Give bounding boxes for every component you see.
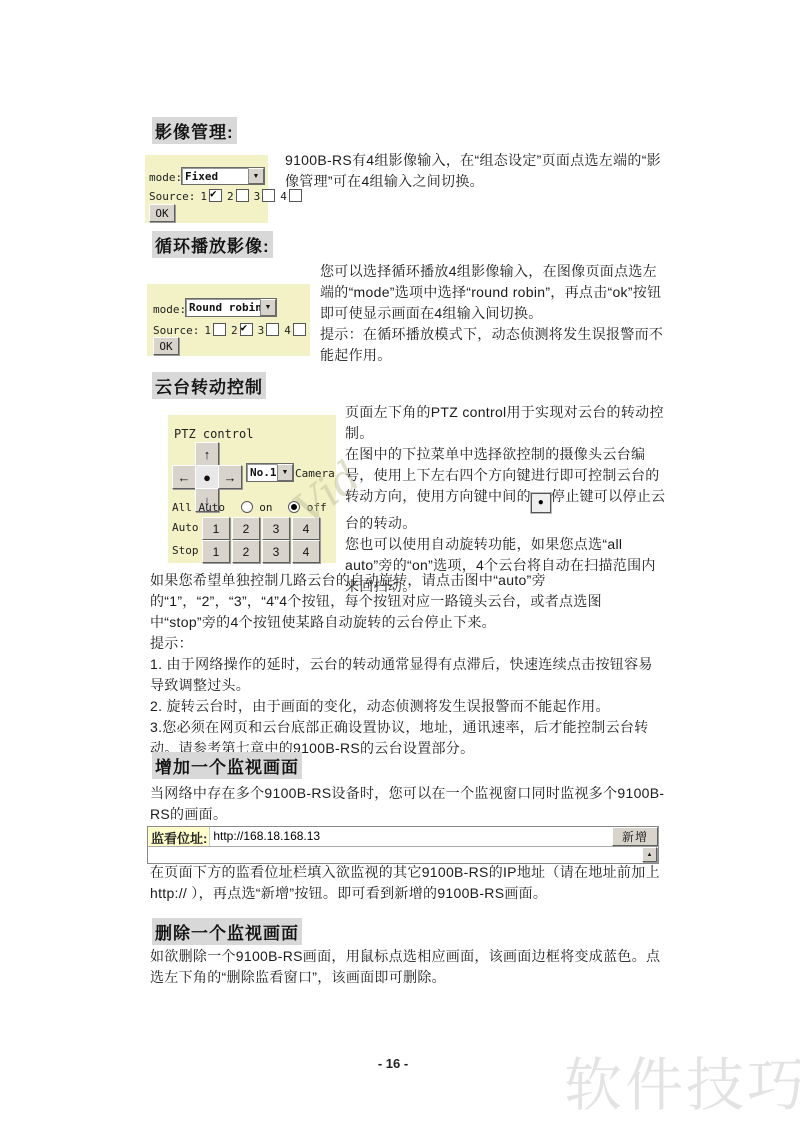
ptz-tips-block: 如果您希望单独控制几路云台的自动旋转，请点击图中“auto”旁的“1”，“2”，… [150,570,665,759]
source-label: Source: [153,324,199,337]
source-row: Source:1234 [149,189,302,203]
all-auto-label: All Auto [172,501,225,514]
address-input[interactable]: http://168.18.168.13 [209,827,612,846]
pan-up-button[interactable]: ↑ [195,442,219,466]
delete-monitor-paragraph: 如欲删除一个9100B-RS画面，用鼠标点选相应画面，该画面边框将变成蓝色。点选… [150,946,665,988]
mode-select-value: Fixed [182,170,248,183]
monitor-address-bar: 监看位址: http://168.18.168.13 新增 ▲ [147,826,659,864]
mode-select[interactable]: Round robin ▼ [185,298,277,317]
manual-page: 影像管理: mode: Fixed ▼ Source:1234 OK 9100B… [0,0,800,1133]
section-heading-delete-monitor: 删除一个监视画面 [152,918,302,945]
tip-1: 1. 由于网络操作的延时，云台的转动通常显得有点滞后，快速连续点击按钮容易导致调… [150,654,665,696]
auto-3-button[interactable]: 3 [262,517,290,540]
section-heading-round-robin: 循环播放影像: [152,231,273,258]
ok-button[interactable]: OK [149,204,175,222]
source-1-checkbox[interactable] [209,189,222,202]
section-3-paragraph: 页面左下角的PTZ control用于实现对云台的转动控制。 在图中的下拉菜单中… [345,402,667,597]
source-2-label: 2 [231,324,238,337]
paragraph-text: 在页面下方的监看位址栏填入欲监视的其它9100B-RS的IP地址（请在地址前加上… [150,862,665,904]
source-1-label: 1 [200,190,207,203]
source-1-checkbox[interactable] [213,323,226,336]
ok-button[interactable]: OK [153,337,179,355]
tip-2: 2. 旋转云台时，由于画面的变化，动态侦测将发生误报警而不能起作用。 [150,696,665,717]
section-2-paragraph: 您可以选择循环播放4组影像输入，在图像页面点选左端的“mode”选项中选择“ro… [320,261,666,366]
paragraph-text: 您可以选择循环播放4组影像输入，在图像页面点选左端的“mode”选项中选择“ro… [320,261,666,324]
section-heading-image-management: 影像管理: [152,117,237,144]
chevron-down-icon[interactable]: ▼ [260,299,276,316]
paragraph-text: 当网络中存在多个9100B-RS设备时，您可以在一个监视窗口同时监视多个9100… [150,783,665,825]
paragraph-tip: 提示：在循环播放模式下，动态侦测将发生误报警而不能起作用。 [320,324,666,366]
source-2-label: 2 [227,190,234,203]
stop-row-label: Stop [172,544,199,557]
stop-button-inline-icon: ● [531,493,551,513]
corner-watermark: 软件技巧 [564,1038,800,1122]
stop-1-button[interactable]: 1 [202,540,230,563]
pan-stop-button[interactable]: ● [195,465,219,489]
source-3-checkbox[interactable] [262,189,275,202]
pan-left-button[interactable]: ← [172,465,196,489]
chevron-down-icon[interactable]: ▼ [248,168,264,184]
mode-select-value: Round robin [186,301,260,314]
add-button[interactable]: 新增 [612,827,658,846]
source-4-label: 4 [284,324,291,337]
add-monitor-instructions: 在页面下方的监看位址栏填入欲监视的其它9100B-RS的IP地址（请在地址前加上… [150,862,665,904]
section-heading-ptz-control: 云台转动控制 [152,372,266,399]
scroll-up-icon[interactable]: ▲ [642,847,657,862]
source-3-checkbox[interactable] [266,323,279,336]
source-row: Source:1234 [153,323,306,337]
chevron-down-icon[interactable]: ▼ [277,464,293,481]
mode-label: mode: [149,171,182,184]
stop-2-button[interactable]: 2 [232,540,260,563]
paragraph-text: 9100B-RS有4组影像输入，在“组态设定”页面点选左端的“影像管理”可在4组… [285,150,663,192]
all-auto-on-label: on [259,501,272,514]
source-3-label: 3 [254,190,261,203]
auto-row-label: Auto [172,521,199,534]
source-1-label: 1 [204,324,211,337]
mode-label: mode: [153,303,186,316]
section-heading-add-monitor: 增加一个监视画面 [152,752,302,779]
address-label: 监看位址: [148,827,209,846]
add-monitor-paragraph: 当网络中存在多个9100B-RS设备时，您可以在一个监视窗口同时监视多个9100… [150,783,665,825]
address-row: 监看位址: http://168.18.168.13 新增 [148,827,658,847]
video-mode-panel-round-robin: mode: Round robin ▼ Source:1234 OK [147,284,310,356]
mode-select[interactable]: Fixed ▼ [181,167,265,185]
paragraph-text: 如欲删除一个9100B-RS画面，用鼠标点选相应画面，该画面边框将变成蓝色。点选… [150,946,665,988]
source-2-checkbox[interactable] [240,323,253,336]
all-auto-on-radio[interactable] [241,501,253,513]
paragraph-with-inline-button: 在图中的下拉菜单中选择欲控制的摄像头云台编号，使用上下左右四个方向键进行即可控制… [345,444,667,534]
source-3-label: 3 [258,324,265,337]
source-4-checkbox[interactable] [293,323,306,336]
auto-1-button[interactable]: 1 [202,517,230,540]
paragraph-text: 如果您希望单独控制几路云台的自动旋转，请点击图中“auto”旁的“1”，“2”，… [150,570,665,633]
source-label: Source: [149,190,195,203]
paragraph-text: 页面左下角的PTZ control用于实现对云台的转动控制。 [345,402,667,444]
stop-4-button[interactable]: 4 [292,540,320,563]
camera-select[interactable]: No.1 ▼ [246,463,294,482]
video-mode-panel-fixed: mode: Fixed ▼ Source:1234 OK [145,155,268,223]
pan-right-button[interactable]: → [218,465,242,489]
tips-title: 提示： [150,633,665,654]
source-2-checkbox[interactable] [236,189,249,202]
section-1-paragraph: 9100B-RS有4组影像输入，在“组态设定”页面点选左端的“影像管理”可在4组… [285,150,663,192]
ptz-panel-title: PTZ control [174,427,253,441]
stop-3-button[interactable]: 3 [262,540,290,563]
auto-2-button[interactable]: 2 [232,517,260,540]
camera-select-value: No.1 [247,466,277,479]
